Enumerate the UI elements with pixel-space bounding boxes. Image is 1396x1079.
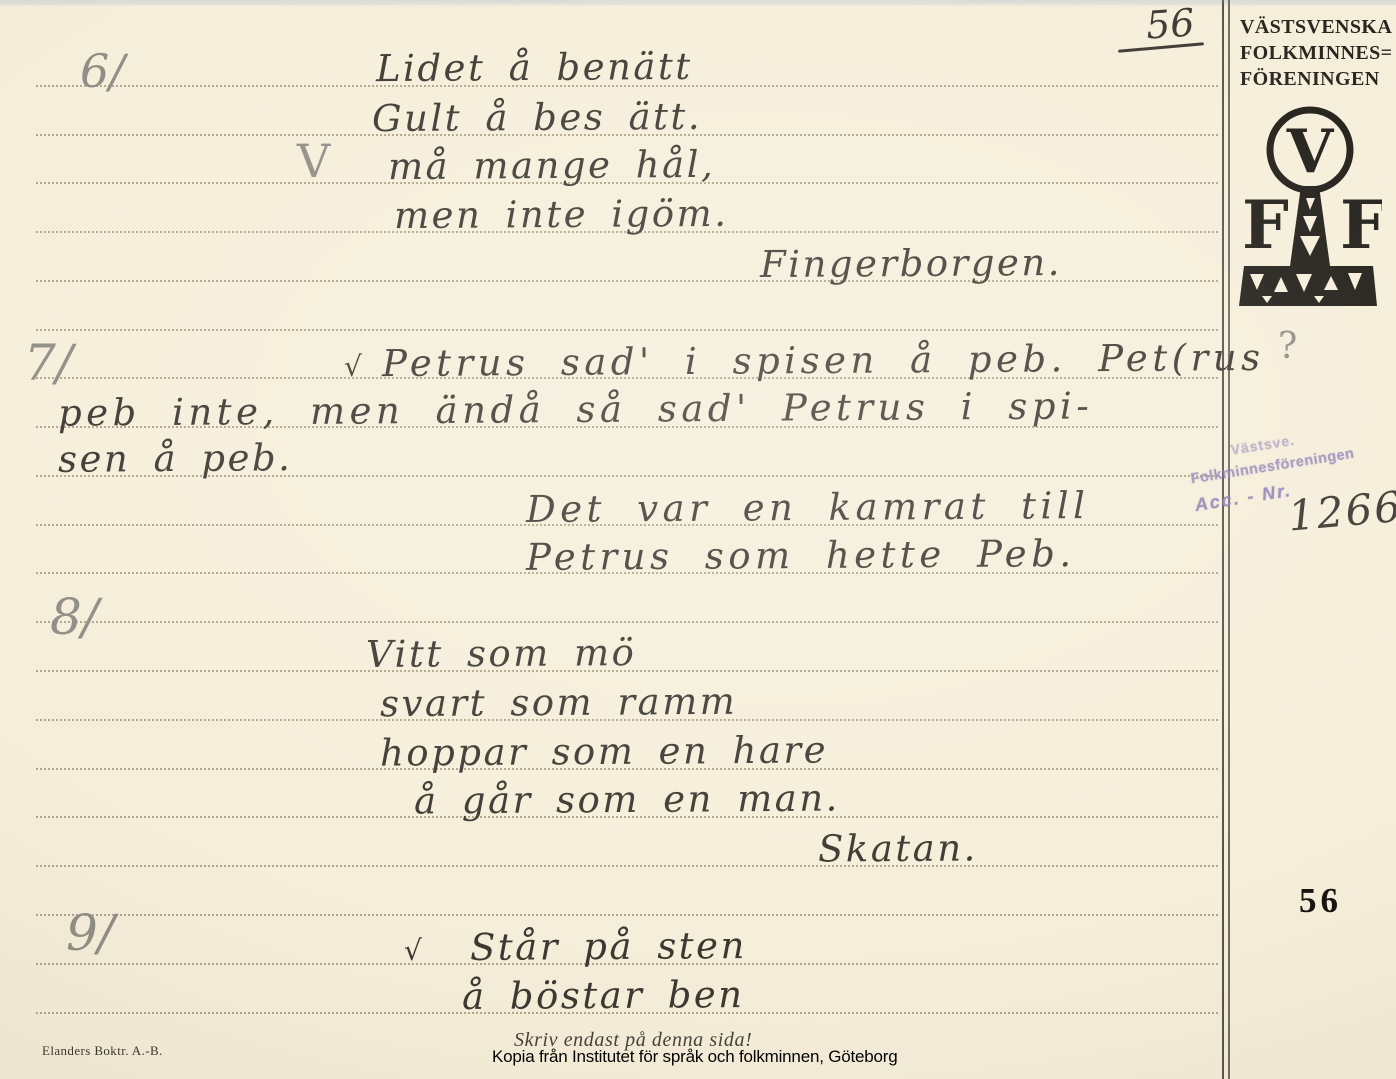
riddle-9-number: 9/ xyxy=(66,904,115,962)
letterhead-line-2: FOLKMINNES= xyxy=(1240,40,1392,66)
pencil-question-mark: ? xyxy=(1278,326,1297,367)
ruled-line xyxy=(36,865,1218,867)
ink-tick-mark: √ xyxy=(404,934,422,967)
digitization-caption: Kopia från Institutet för språk och folk… xyxy=(492,1047,898,1067)
riddle-7-answer-line-2: Petrus som hette Peb. xyxy=(526,532,1076,579)
margin-rule xyxy=(1222,0,1224,1079)
ruled-line xyxy=(36,329,1218,331)
riddle-7-answer-line-1: Det var en kamrat till xyxy=(526,484,1090,531)
handwritten-page-number: 56 xyxy=(1145,0,1196,47)
archive-page: 56 VÄSTSVENSKA FOLKMINNES= FÖRENINGEN V … xyxy=(0,0,1396,1079)
logo-letter-f-left: F xyxy=(1242,186,1289,264)
printer-imprint: Elanders Boktr. A.-B. xyxy=(42,1043,163,1059)
accession-number: 1266. xyxy=(1286,480,1396,540)
vff-thors-hammer-logo: V F F xyxy=(1236,100,1382,310)
riddle-9-line-1: Står på sten xyxy=(470,924,747,969)
riddle-8-line-4: å går som en man. xyxy=(414,777,840,823)
riddle-7-line-3: sen å peb. xyxy=(58,436,293,481)
riddle-8-line-2: svart som ramm xyxy=(380,680,738,725)
riddle-7-line-1: Petrus sad' i spisen å peb. Pet(rus xyxy=(382,336,1265,385)
logo-letter-v: V xyxy=(1286,117,1335,187)
letterhead-line-3: FÖRENINGEN xyxy=(1240,66,1392,92)
printed-page-number: 56 xyxy=(1299,881,1342,921)
riddle-6-line-4: men inte igöm. xyxy=(394,192,729,237)
riddle-6-answer: Fingerborgen. xyxy=(760,241,1062,286)
riddle-7-line-2: peb inte, men ändå så sad' Petrus i spi- xyxy=(58,384,1094,434)
riddle-6-line-1: Lidet å benätt xyxy=(376,45,693,90)
riddle-8-line-3: hoppar som en hare xyxy=(380,728,828,774)
riddle-8-answer: Skatan. xyxy=(818,826,978,870)
ink-tick-mark: √ xyxy=(344,350,362,383)
riddle-6-line-3: må mange hål, xyxy=(388,143,716,188)
riddle-6-line-2: Gult å bes ätt. xyxy=(372,95,702,140)
riddle-7-number: 7/ xyxy=(24,334,73,392)
letterhead-line-1: VÄSTSVENSKA xyxy=(1240,14,1392,40)
riddle-9-line-2: å böstar ben xyxy=(462,973,745,1018)
riddle-8-number: 8/ xyxy=(50,588,99,646)
pencil-check-mark: V xyxy=(297,134,330,188)
ruled-line xyxy=(36,621,1218,623)
margin-rule xyxy=(1228,0,1230,1079)
logo-letter-f-right: F xyxy=(1340,186,1382,264)
ruled-line xyxy=(36,914,1218,916)
riddle-8-line-1: Vitt som mö xyxy=(366,631,637,676)
letterhead: VÄSTSVENSKA FOLKMINNES= FÖRENINGEN xyxy=(1240,14,1392,92)
riddle-6-number: 6/ xyxy=(80,44,125,98)
